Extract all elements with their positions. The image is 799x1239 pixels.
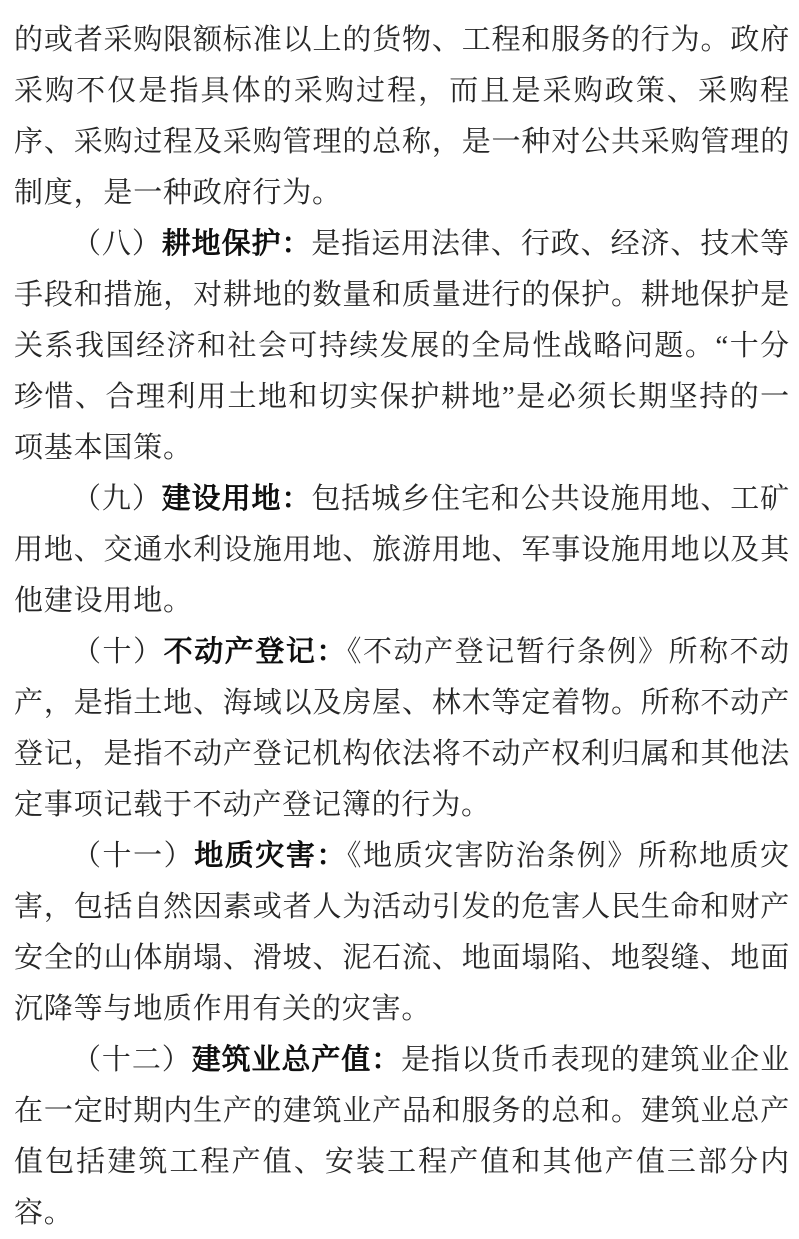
paragraph-item-8-farmland-protection: （八）耕地保护：是指运用法律、行政、经济、技术等手段和措施，对耕地的数量和质量进… — [14, 219, 790, 474]
item-number: （九） — [72, 483, 162, 515]
paragraph-item-11-geological-disaster: （十一）地质灾害：《地质灾害防治条例》所称地质灾害，包括自然因素或者人为活动引发… — [14, 831, 790, 1035]
paragraph-item-12-construction-output-value: （十二）建筑业总产值：是指以货币表现的建筑业企业在一定时期内生产的建筑业产品和服… — [14, 1035, 790, 1239]
paragraph-item-10-real-estate-registration: （十）不动产登记：《不动产登记暂行条例》所称不动产，是指土地、海域以及房屋、林木… — [14, 627, 790, 831]
paragraph-body-text: 是指运用法律、行政、经济、技术等手段和措施，对耕地的数量和质量进行的保护。耕地保… — [14, 228, 790, 464]
item-number: （十二） — [72, 1044, 192, 1076]
item-number: （八） — [72, 228, 162, 260]
item-term-bold: 建筑业总产值： — [192, 1044, 401, 1076]
document-page: 的或者采购限额标准以上的货物、工程和服务的行为。政府采购不仅是指具体的采购过程，… — [0, 0, 799, 1239]
item-term-bold: 地质灾害： — [194, 840, 347, 872]
item-term-bold: 建设用地： — [162, 483, 312, 515]
item-number: （十） — [72, 636, 164, 668]
paragraph-government-procurement: 的或者采购限额标准以上的货物、工程和服务的行为。政府采购不仅是指具体的采购过程，… — [14, 15, 790, 219]
paragraph-body-text: 的或者采购限额标准以上的货物、工程和服务的行为。政府采购不仅是指具体的采购过程，… — [14, 24, 790, 209]
item-term-bold: 不动产登记： — [164, 636, 347, 668]
item-number: （十一） — [72, 840, 194, 872]
item-term-bold: 耕地保护： — [162, 228, 312, 260]
paragraph-item-9-construction-land: （九）建设用地：包括城乡住宅和公共设施用地、工矿用地、交通水利设施用地、旅游用地… — [14, 474, 790, 627]
